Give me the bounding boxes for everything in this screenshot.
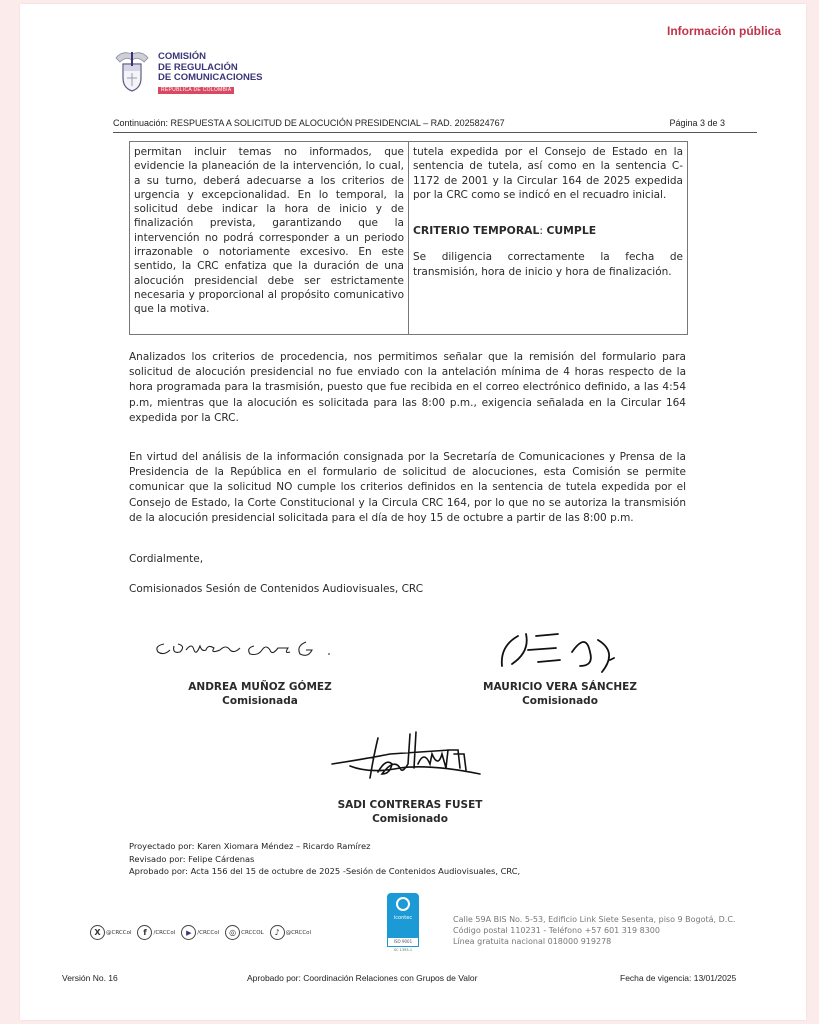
closing-salutation: Cordialmente, [129,552,686,567]
social-x[interactable]: X @CRCCol [90,925,131,940]
signatory-1-role: Comisionada [150,694,370,708]
certificate-code: SC 1395-1 [387,948,419,952]
social-facebook-handle: /CRCCol [153,930,175,936]
footer-effective-date: Fecha de vigencia: 13/01/2025 [620,973,736,983]
social-youtube-handle: /CRCCol [197,930,219,936]
right-cell-intro: tutela expedida por el Consejo de Estado… [413,145,683,202]
signatory-2-name: MAURICIO VERA SÁNCHEZ [450,680,670,694]
contact-address: Calle 59A BIS No. 5-53, Edificio Link Si… [453,914,735,947]
footer-approved-by: Aprobado por: Coordinación Relaciones co… [247,973,477,983]
icontec-brand: icontec [387,915,419,921]
signature-mauricio-vera [490,622,640,674]
continuation-title: Continuación: RESPUESTA A SOLICITUD DE A… [113,118,505,128]
paragraph-analysis: Analizados los criterios de procedencia,… [129,350,686,426]
signatory-3-role: Comisionado [300,812,520,826]
facebook-icon: f [137,925,152,940]
address-line: Calle 59A BIS No. 5-53, Edificio Link Si… [453,914,735,925]
colombia-coat-of-arms-icon [112,48,152,94]
social-x-handle: @CRCCol [106,930,131,936]
signature-andrea-munoz [150,634,390,664]
document-credits: Proyectado por: Karen Xiomara Méndez – R… [129,840,520,878]
signatory-1-name: ANDREA MUÑOZ GÓMEZ [150,680,370,694]
instagram-icon: ◎ [225,925,240,940]
toll-free-line: Línea gratuita nacional 018000 919278 [453,936,735,947]
icontec-certification-badge: icontec ISO 9001 SC 1395-1 [387,893,419,953]
right-cell-detail: Se diligencia correctamente la fecha de … [413,250,683,279]
criteria-table: permitan incluir temas no informados, qu… [129,141,688,335]
paragraph-decision: En virtud del análisis de la información… [129,450,686,526]
social-links: X @CRCCol f /CRCCol ▶ /CRCCol ◎ CRCCOL ♪… [90,925,313,940]
criterion-heading: CRITERIO TEMPORAL: CUMPLE [413,224,683,238]
left-cell-text: permitan incluir temas no informados, qu… [134,145,404,317]
icontec-logo-icon [396,897,410,911]
social-instagram[interactable]: ◎ CRCCOL [225,925,263,940]
signatory-3-name: SADI CONTRERAS FUSET [300,798,520,812]
reviewed-by: Revisado por: Felipe Cárdenas [129,853,520,866]
signature-sadi-contreras [330,724,490,786]
tiktok-icon: ♪ [270,925,285,940]
logo-ribbon: REPÚBLICA DE COLOMBIA [158,87,234,94]
page-number: Página 3 de 3 [669,118,725,128]
table-cell-left: permitan incluir temas no informados, qu… [130,142,409,334]
postal-phone-line: Código postal 110231 - Teléfono +57 601 … [453,925,735,936]
logo-line-3: DE COMUNICACIONES [158,73,263,84]
x-icon: X [90,925,105,940]
criterion-label: CRITERIO TEMPORAL [413,224,539,237]
social-instagram-handle: CRCCOL [241,930,263,936]
social-tiktok-handle: @CRCCol [286,930,311,936]
footer-version: Versión No. 16 [62,973,118,983]
social-youtube[interactable]: ▶ /CRCCol [181,925,219,940]
approved-by: Aprobado por: Acta 156 del 15 de octubre… [129,865,520,878]
classification-label: Información pública [667,24,781,38]
projected-by: Proyectado por: Karen Xiomara Méndez – R… [129,840,520,853]
iso-standard: ISO 9001 [387,937,419,947]
table-cell-right: tutela expedida por el Consejo de Estado… [409,142,687,334]
continuation-header: Continuación: RESPUESTA A SOLICITUD DE A… [113,118,757,133]
social-tiktok[interactable]: ♪ @CRCCol [270,925,311,940]
social-facebook[interactable]: f /CRCCol [137,925,175,940]
logo-line-1: COMISIÓN [158,52,263,63]
sender-line: Comisionados Sesión de Contenidos Audiov… [129,582,686,597]
signatory-2-role: Comisionado [450,694,670,708]
crc-logo: COMISIÓN DE REGULACIÓN DE COMUNICACIONES… [112,48,282,104]
youtube-icon: ▶ [181,925,196,940]
criterion-result: CUMPLE [546,224,596,237]
